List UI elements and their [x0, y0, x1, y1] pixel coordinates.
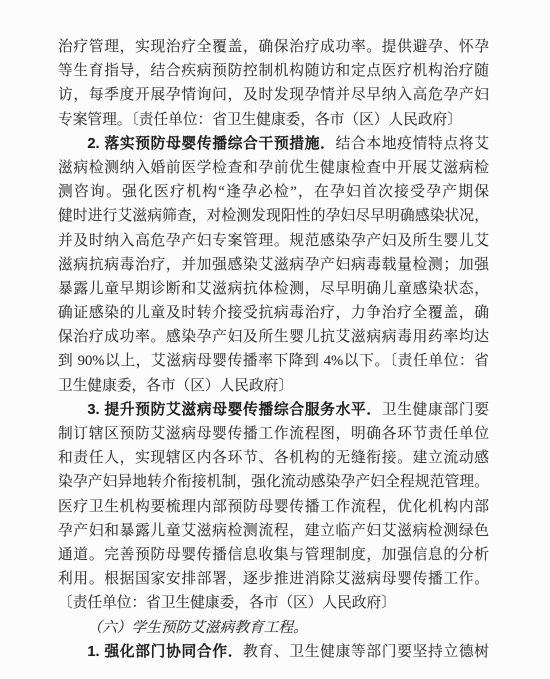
text-line: 专案管理。〔责任单位：省卫生健康委，各市（区）人民政府〕	[58, 108, 489, 132]
text-line: 等生育指导，结合疾病预防控制机构随访和定点医疗机构治疗随	[58, 59, 489, 83]
text-line: 治疗管理，实现治疗全覆盖，确保治疗成功率。提供避孕、怀孕	[58, 35, 489, 59]
body-text-run: 制订辖区预防艾滋病母婴传播工作流程图，明确各环节责任单位	[58, 426, 489, 442]
body-text-run: 滋病检测纳入婚前医学检查和孕前优生健康检查中开展艾滋病检	[58, 160, 489, 176]
body-text-run: 专案管理。〔责任单位：省卫生健康委，各市（区）人民政府〕	[58, 112, 462, 128]
body-text-run: 结合本地疫情特点将艾	[336, 136, 489, 152]
body-text-run: 确证感染的儿童及时转介接受抗病毒治疗，力争治疗全覆盖，确	[58, 305, 489, 321]
bold-heading-run: 3. 提升预防艾滋病母婴传播综合服务水平．	[87, 402, 381, 418]
body-text-run: 通道。完善预防母婴传播信息收集与管理制度，加强信息的分析	[58, 547, 489, 563]
text-line: 测咨询。强化医疗机构“逢孕必检”，在孕妇首次接受孕产期保	[58, 180, 489, 204]
body-text-run: 医疗卫生机构要梳理内部预防母婴传播工作流程，优化机构内部	[58, 499, 489, 515]
text-line: 健时进行艾滋病筛查，对检测发现阳性的孕妇尽早明确感染状况，	[58, 204, 489, 228]
body-text-run: 利用。根据国家安排部署，逐步推进消除艾滋病母婴传播工作。	[58, 571, 489, 587]
body-text-run: 染孕产妇异地转介衔接机制，强化流动感染孕产妇全程规范管理。	[58, 474, 489, 490]
body-text-run: 测咨询。强化医疗机构“逢孕必检”，在孕妇首次接受孕产期保	[58, 184, 489, 200]
text-line: 访，每季度开展孕情询问，及时发现孕情并尽早纳入高危孕产妇	[58, 83, 489, 107]
text-line: 到 90%以上，艾滋病母婴传播率下降到 4%以下。〔责任单位：省	[58, 349, 489, 373]
body-text-run: 健时进行艾滋病筛查，对检测发现阳性的孕妇尽早明确感染状况，	[58, 208, 489, 224]
body-text-run: 教育、卫生健康等部门要坚持立德树	[243, 644, 489, 660]
body-text-run: 和责任人，实现辖区内各环节、各机构的无缝衔接。建立流动感	[58, 450, 489, 466]
bold-heading-run: 1. 强化部门协同合作．	[87, 644, 243, 660]
body-text-run: 并及时纳入高危孕产妇专案管理。规范感染孕产妇及所生婴儿艾	[58, 233, 489, 249]
text-line: 1. 强化部门协同合作．教育、卫生健康等部门要坚持立德树	[58, 640, 489, 664]
text-line: 制订辖区预防艾滋病母婴传播工作流程图，明确各环节责任单位	[58, 422, 489, 446]
text-line: 利用。根据国家安排部署，逐步推进消除艾滋病母婴传播工作。	[58, 567, 489, 591]
body-text-run: 暴露儿童早期诊断和艾滋病抗体检测，尽早明确儿童感染状态，	[58, 281, 489, 297]
text-line: 滋病检测纳入婚前医学检查和孕前优生健康检查中开展艾滋病检	[58, 156, 489, 180]
body-text-run: 访，每季度开展孕情询问，及时发现孕情并尽早纳入高危孕产妇	[58, 87, 489, 103]
body-text-run: 卫生健康部门要	[382, 402, 489, 418]
body-text-run: 治疗管理，实现治疗全覆盖，确保治疗成功率。提供避孕、怀孕	[58, 39, 489, 55]
text-line: 滋病抗病毒治疗，并加强感染艾滋病孕产妇病毒载量检测；加强	[58, 253, 489, 277]
text-line: （六）学生预防艾滋病教育工程。	[58, 616, 489, 640]
text-line: 保治疗成功率。感染孕产妇及所生婴儿抗艾滋病病毒用药率均达	[58, 325, 489, 349]
document-page: 治疗管理，实现治疗全覆盖，确保治疗成功率。提供避孕、怀孕等生育指导，结合疾病预防…	[0, 0, 550, 679]
body-text-run: 卫生健康委，各市（区）人民政府〕	[58, 378, 293, 394]
body-text-run: 滋病抗病毒治疗，并加强感染艾滋病孕产妇病毒载量检测；加强	[58, 257, 489, 273]
text-line: 和责任人，实现辖区内各环节、各机构的无缝衔接。建立流动感	[58, 446, 489, 470]
body-text-run: 保治疗成功率。感染孕产妇及所生婴儿抗艾滋病病毒用药率均达	[58, 329, 489, 345]
text-line: 医疗卫生机构要梳理内部预防母婴传播工作流程，优化机构内部	[58, 495, 489, 519]
document-text: 治疗管理，实现治疗全覆盖，确保治疗成功率。提供避孕、怀孕等生育指导，结合疾病预防…	[58, 35, 489, 664]
body-text-run: 孕产妇和暴露儿童艾滋病检测流程，建立临产妇艾滋病检测绿色	[58, 523, 489, 539]
text-line: 通道。完善预防母婴传播信息收集与管理制度，加强信息的分析	[58, 543, 489, 567]
body-text-run: 〔责任单位：省卫生健康委，各市（区）人民政府〕	[58, 595, 396, 611]
text-line: 孕产妇和暴露儿童艾滋病检测流程，建立临产妇艾滋病检测绿色	[58, 519, 489, 543]
body-text-run: 等生育指导，结合疾病预防控制机构随访和定点医疗机构治疗随	[58, 63, 489, 79]
bold-heading-run: 2. 落实预防母婴传播综合干预措施．	[87, 136, 335, 152]
text-line: 2. 落实预防母婴传播综合干预措施．结合本地疫情特点将艾	[58, 132, 489, 156]
kaiti-heading-run: （六）学生预防艾滋病教育工程。	[87, 620, 307, 636]
text-line: 暴露儿童早期诊断和艾滋病抗体检测，尽早明确儿童感染状态，	[58, 277, 489, 301]
body-text-run: 到 90%以上，艾滋病母婴传播率下降到 4%以下。〔责任单位：省	[58, 353, 489, 369]
text-line: 染孕产妇异地转介衔接机制，强化流动感染孕产妇全程规范管理。	[58, 470, 489, 494]
text-line: 并及时纳入高危孕产妇专案管理。规范感染孕产妇及所生婴儿艾	[58, 229, 489, 253]
text-line: 〔责任单位：省卫生健康委，各市（区）人民政府〕	[58, 591, 489, 615]
text-line: 3. 提升预防艾滋病母婴传播综合服务水平．卫生健康部门要	[58, 398, 489, 422]
text-line: 卫生健康委，各市（区）人民政府〕	[58, 374, 489, 398]
text-line: 确证感染的儿童及时转介接受抗病毒治疗，力争治疗全覆盖，确	[58, 301, 489, 325]
